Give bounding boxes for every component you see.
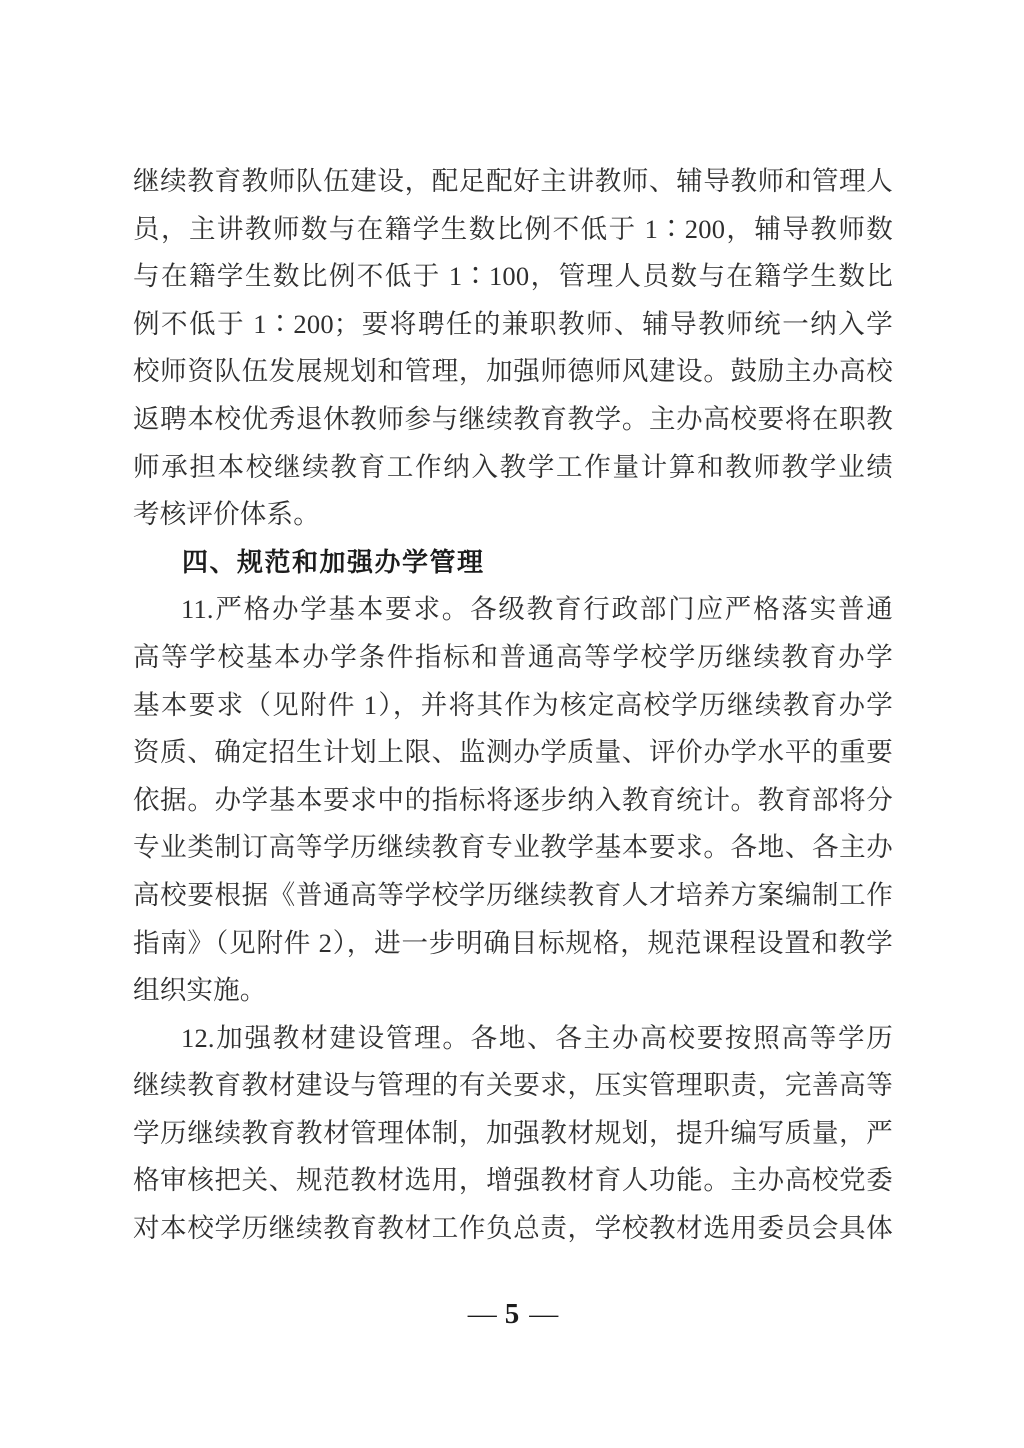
text-line: 对本校学历继续教育教材工作负总责，学校教材选用委员会具体 bbox=[133, 1205, 893, 1253]
text-line: 组织实施。 bbox=[133, 967, 893, 1015]
text-line: 11.严格办学基本要求。各级教育行政部门应严格落实普通 bbox=[133, 586, 893, 634]
text-line: 指南》（见附件 2），进一步明确目标规格，规范课程设置和教学 bbox=[133, 920, 893, 968]
text-line: 专业类制订高等学历继续教育专业教学基本要求。各地、各主办 bbox=[133, 824, 893, 872]
page-number: 5 bbox=[505, 1298, 520, 1330]
text-line: 高等学校基本办学条件指标和普通高等学校学历继续教育办学 bbox=[133, 634, 893, 682]
document-page: 继续教育教师队伍建设，配足配好主讲教师、辅导教师和管理人 员，主讲教师数与在籍学… bbox=[0, 0, 1024, 1448]
text-line: 员，主讲教师数与在籍学生数比例不低于 1∶200，辅导教师数 bbox=[133, 206, 893, 254]
text-line: 与在籍学生数比例不低于 1∶100，管理人员数与在籍学生数比 bbox=[133, 253, 893, 301]
text-line: 师承担本校继续教育工作纳入教学工作量计算和教师教学业绩 bbox=[133, 444, 893, 492]
text-line: 格审核把关、规范教材选用，增强教材育人功能。主办高校党委 bbox=[133, 1157, 893, 1205]
section-heading: 四、规范和加强办学管理 bbox=[133, 539, 893, 587]
text-line: 资质、确定招生计划上限、监测办学质量、评价办学水平的重要 bbox=[133, 729, 893, 777]
page-footer: —5— bbox=[0, 1294, 1024, 1334]
text-line: 校师资队伍发展规划和管理，加强师德师风建设。鼓励主办高校 bbox=[133, 348, 893, 396]
text-line: 继续教育教师队伍建设，配足配好主讲教师、辅导教师和管理人 bbox=[133, 158, 893, 206]
footer-dash-left: — bbox=[468, 1298, 495, 1330]
text-line: 考核评价体系。 bbox=[133, 491, 893, 539]
document-body: 继续教育教师队伍建设，配足配好主讲教师、辅导教师和管理人 员，主讲教师数与在籍学… bbox=[133, 158, 893, 1253]
text-line: 12.加强教材建设管理。各地、各主办高校要按照高等学历 bbox=[133, 1015, 893, 1063]
text-line: 依据。办学基本要求中的指标将逐步纳入教育统计。教育部将分 bbox=[133, 777, 893, 825]
text-line: 返聘本校优秀退休教师参与继续教育教学。主办高校要将在职教 bbox=[133, 396, 893, 444]
text-line: 例不低于 1∶200；要将聘任的兼职教师、辅导教师统一纳入学 bbox=[133, 301, 893, 349]
text-line: 高校要根据《普通高等学校学历继续教育人才培养方案编制工作 bbox=[133, 872, 893, 920]
text-line: 基本要求（见附件 1），并将其作为核定高校学历继续教育办学 bbox=[133, 682, 893, 730]
footer-dash-right: — bbox=[529, 1298, 556, 1330]
text-line: 继续教育教材建设与管理的有关要求，压实管理职责，完善高等 bbox=[133, 1062, 893, 1110]
text-line: 学历继续教育教材管理体制，加强教材规划，提升编写质量，严 bbox=[133, 1110, 893, 1158]
